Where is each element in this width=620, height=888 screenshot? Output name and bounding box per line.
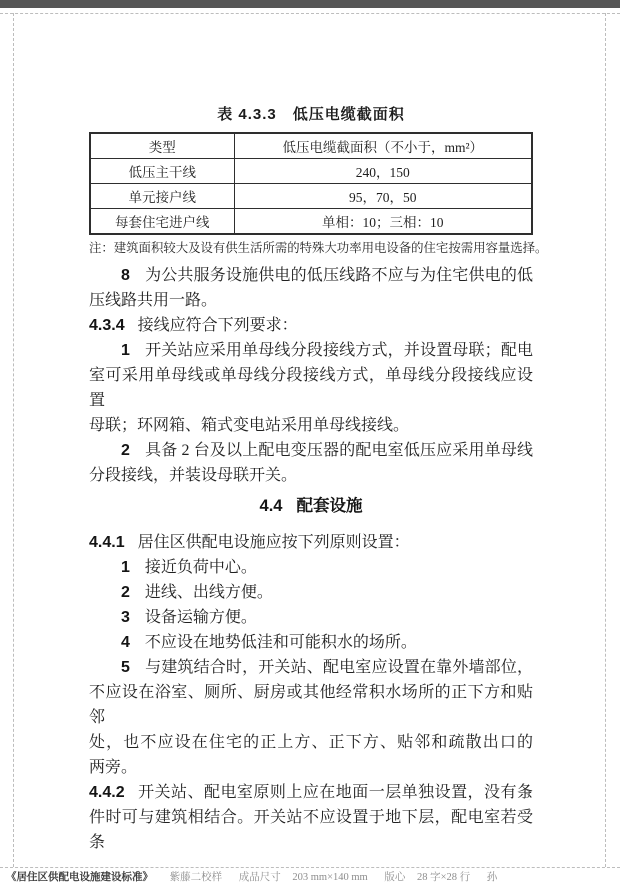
clause-number: 1 <box>121 559 130 576</box>
text-line: 3设备运输方便。 <box>89 605 533 630</box>
footer-book-title: 《居住区供配电设施建设标准》 <box>6 871 153 883</box>
text-line: 压线路共用一路。 <box>89 288 533 313</box>
table-header-area: 低压电缆截面积（不小于，mm²） <box>234 133 532 159</box>
text-line: 1接近负荷中心。 <box>89 555 533 580</box>
paragraph: 1开关站应采用单母线分段接线方式，并设置母联；配电室可采用单母线或单母线分段接线… <box>89 338 533 438</box>
footer-core-label: 版心 <box>384 872 405 883</box>
table-body: 低压主干线240，150单元接户线95，70，50每套住宅进户线单相：10；三相… <box>90 159 532 235</box>
clause-number: 2 <box>121 442 130 459</box>
clause-number: 4.4.1 <box>89 534 125 551</box>
text-line: 2进线、出线方便。 <box>89 580 533 605</box>
clause-number: 3 <box>121 609 130 626</box>
paragraph: 2具备 2 台及以上配电变压器的配电室低压应采用单母线分段接线，并装设母联开关。 <box>89 438 533 488</box>
table-cell: 单相：10；三相：10 <box>234 209 532 235</box>
section-heading: 4.4配套设施 <box>89 494 533 519</box>
trim-mark-top <box>0 13 620 14</box>
table-cell: 低压主干线 <box>90 159 234 184</box>
clause-number: 2 <box>121 584 130 601</box>
footer-size-label: 成品尺寸 <box>239 872 281 883</box>
paragraph: 4不应设在地势低洼和可能积水的场所。 <box>89 630 533 655</box>
clause-number: 8 <box>121 267 130 284</box>
text-line: 4.3.4接线应符合下列要求： <box>89 313 533 338</box>
footer-proof-label: 紫藤二校样 <box>170 872 223 883</box>
paragraph: 8为公共服务设施供电的低压线路不应与为住宅供电的低压线路共用一路。 <box>89 263 533 313</box>
section-number: 4.4 <box>260 497 283 515</box>
text-line: 两旁。 <box>89 755 533 780</box>
table-cell: 单元接户线 <box>90 184 234 209</box>
text-line: 件时可与建筑相结合。开关站不应设置于地下层，配电室若受条 <box>89 805 533 855</box>
text-line: 4.4.2开关站、配电室原则上应在地面一层单独设置，没有条 <box>89 780 533 805</box>
text-line: 1开关站应采用单母线分段接线方式，并设置母联；配电 <box>89 338 533 363</box>
text-line: 5与建筑结合时，开关站、配电室应设置在靠外墙部位， <box>89 655 533 680</box>
clause-number: 5 <box>121 659 130 676</box>
paragraph: 4.4.1居住区供配电设施应按下列原则设置： <box>89 530 533 555</box>
text-line: 4.4.1居住区供配电设施应按下列原则设置： <box>89 530 533 555</box>
table-header-row: 类型 低压电缆截面积（不小于，mm²） <box>90 133 532 159</box>
table-row: 低压主干线240，150 <box>90 159 532 184</box>
table-note: 注：建筑面积较大及设有供生活所需的特殊大功率用电设备的住宅按需用容量选择。 <box>89 240 541 257</box>
paragraph: 4.3.4接线应符合下列要求： <box>89 313 533 338</box>
table-header-type: 类型 <box>90 133 234 159</box>
page-content: 表 4.3.3 低压电缆截面积 类型 低压电缆截面积（不小于，mm²） 低压主干… <box>89 104 533 855</box>
lv-cable-table: 类型 低压电缆截面积（不小于，mm²） 低压主干线240，150单元接户线95，… <box>89 132 533 235</box>
table-cell: 240，150 <box>234 159 532 184</box>
footer-size-value: 203 mm×140 mm <box>292 872 367 883</box>
text-line: 室可采用单母线或单母线分段接线方式，单母线分段接线应设置 <box>89 363 533 413</box>
top-edge-bar <box>0 0 620 8</box>
trim-mark-left <box>13 13 14 867</box>
table-cell: 每套住宅进户线 <box>90 209 234 235</box>
footer-signature: 孙 <box>487 872 498 883</box>
table-title: 表 4.3.3 低压电缆截面积 <box>89 104 533 126</box>
table-cell: 95，70，50 <box>234 184 532 209</box>
text-line: 4不应设在地势低洼和可能积水的场所。 <box>89 630 533 655</box>
clause-number: 4.3.4 <box>89 317 125 334</box>
trim-mark-right <box>605 13 606 867</box>
paragraph: 4.4.2开关站、配电室原则上应在地面一层单独设置，没有条件时可与建筑相结合。开… <box>89 780 533 855</box>
paragraph: 5与建筑结合时，开关站、配电室应设置在靠外墙部位，不应设在浴室、厕所、厨房或其他… <box>89 655 533 780</box>
paragraph: 2进线、出线方便。 <box>89 580 533 605</box>
clause-number: 4.4.2 <box>89 784 125 801</box>
text-line: 处，也不应设在住宅的正上方、正下方、贴邻和疏散出口的 <box>89 730 533 755</box>
section-title: 配套设施 <box>296 497 362 515</box>
footer-core-value: 28 字×28 行 <box>417 872 470 883</box>
table-row: 单元接户线95，70，50 <box>90 184 532 209</box>
page-number: 9 <box>520 786 534 802</box>
text-line: 分段接线，并装设母联开关。 <box>89 463 533 488</box>
text-line: 2具备 2 台及以上配电变压器的配电室低压应采用单母线 <box>89 438 533 463</box>
paragraph: 3设备运输方便。 <box>89 605 533 630</box>
text-line: 母联；环网箱、箱式变电站采用单母线接线。 <box>89 413 533 438</box>
paragraph: 1接近负荷中心。 <box>89 555 533 580</box>
body-text: 8为公共服务设施供电的低压线路不应与为住宅供电的低压线路共用一路。4.3.4接线… <box>89 263 533 855</box>
trim-mark-bottom <box>0 867 620 868</box>
text-line: 不应设在浴室、厕所、厨房或其他经常积水场所的正下方和贴邻 <box>89 680 533 730</box>
proof-footer: 《居住区供配电设施建设标准》 紫藤二校样 成品尺寸 203 mm×140 mm … <box>6 870 616 885</box>
clause-number: 1 <box>121 342 130 359</box>
clause-number: 4 <box>121 634 130 651</box>
text-line: 8为公共服务设施供电的低压线路不应与为住宅供电的低 <box>89 263 533 288</box>
table-row: 每套住宅进户线单相：10；三相：10 <box>90 209 532 235</box>
